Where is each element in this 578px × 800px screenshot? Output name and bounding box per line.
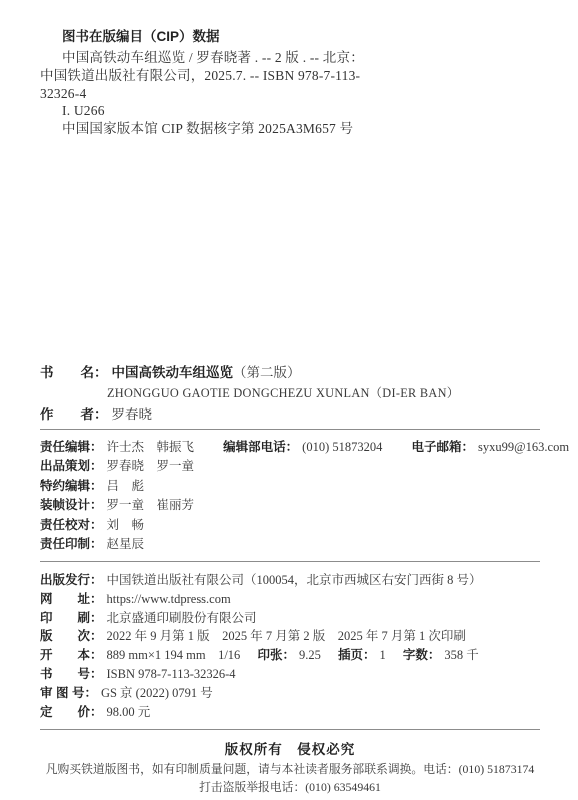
wordcount-label: 字数：	[403, 648, 441, 662]
price-row: 定 价：98.00 元	[40, 703, 540, 722]
book-title-row: 书 名：中国高铁动车组巡览（第二版）	[40, 362, 540, 383]
planning-value: 罗春晓 罗一童	[107, 459, 195, 473]
cip-header: 图书在版编目（CIP）数据	[40, 28, 540, 46]
book-title-edition: （第二版）	[233, 365, 301, 380]
publication-section: 出版发行：中国铁道出版社有限公司（100054，北京市西城区右安门西街 8 号）…	[40, 562, 540, 721]
map-approval-row: 审 图 号：GS 京 (2022) 0791 号	[40, 684, 540, 703]
map-approval-label: 审 图 号：	[40, 686, 97, 700]
book-title-value: 中国高铁动车组巡览	[112, 365, 234, 380]
cip-line-record-number: 中国国家版本馆 CIP 数据核字第 2025A3M657 号	[40, 120, 540, 138]
sheets-value: 9.25	[299, 648, 321, 662]
publisher-row: 出版发行：中国铁道出版社有限公司（100054，北京市西城区右安门西街 8 号）	[40, 571, 540, 590]
website-row: 网 址：https://www.tdpress.com	[40, 590, 540, 609]
editorial-phone-label: 编辑部电话：	[223, 440, 298, 454]
publisher-value: 中国铁道出版社有限公司（100054，北京市西城区右安门西街 8 号）	[107, 573, 482, 587]
staff-row-print-supervisor: 责任印制：赵星辰	[40, 535, 540, 555]
staff-row-editors: 责任编辑：许士杰 韩振飞 编辑部电话：(010) 51873204 电子邮箱：s…	[40, 438, 540, 458]
format-row: 开 本：889 mm×1 194 mm 1/16 印张：9.25 插页：1 字数…	[40, 646, 540, 665]
cip-block: 图书在版编目（CIP）数据 中国高铁动车组巡览 / 罗春晓著 . -- 2 版 …	[40, 28, 540, 138]
staff-row-planning: 出品策划：罗春晓 罗一童	[40, 457, 540, 477]
book-author-label: 作 者：	[40, 407, 108, 422]
print-supervisor-value: 赵星辰	[107, 537, 145, 551]
website-label: 网 址：	[40, 592, 103, 606]
book-info-section: 书 名：中国高铁动车组巡览（第二版） ZHONGGUO GAOTIE DONGC…	[40, 362, 540, 425]
design-label: 装帧设计：	[40, 498, 103, 512]
isbn-value: ISBN 978-7-113-32326-4	[107, 667, 236, 681]
cip-line-title: 中国高铁动车组巡览 / 罗春晓著 . -- 2 版 . -- 北京：	[40, 49, 540, 67]
piracy-report-line: 打击盗版举报电话：(010) 63549461	[40, 779, 540, 796]
inserts-label: 插页：	[338, 648, 376, 662]
editors-value: 许士杰 韩振飞	[107, 440, 195, 454]
special-editor-label: 特约编辑：	[40, 479, 103, 493]
editorial-phone-value: (010) 51873204	[302, 440, 382, 454]
cip-line-publisher: 中国铁道出版社有限公司，2025.7. -- ISBN 978-7-113-	[40, 67, 540, 85]
book-title-label: 书 名：	[40, 365, 108, 380]
book-author-value: 罗春晓	[112, 407, 153, 422]
publisher-label: 出版发行：	[40, 573, 103, 587]
wordcount-value: 358 千	[444, 648, 478, 662]
format-value: 889 mm×1 194 mm 1/16	[107, 648, 241, 662]
divider-bottom	[40, 729, 540, 730]
edition-value: 2022 年 9 月第 1 版 2025 年 7 月第 2 版 2025 年 7…	[107, 629, 466, 643]
email-value: syxu99@163.com	[478, 440, 569, 454]
isbn-row: 书 号：ISBN 978-7-113-32326-4	[40, 665, 540, 684]
map-approval-value: GS 京 (2022) 0791 号	[101, 686, 213, 700]
proofreader-value: 刘 畅	[107, 518, 145, 532]
staff-row-design: 装帧设计：罗一童 崔丽芳	[40, 496, 540, 516]
email-label: 电子邮箱：	[412, 440, 475, 454]
edition-row: 版 次：2022 年 9 月第 1 版 2025 年 7 月第 2 版 2025…	[40, 627, 540, 646]
book-author-row: 作 者：罗春晓	[40, 404, 540, 425]
cip-line-isbn-tail: 32326-4	[40, 85, 540, 103]
book-title-pinyin: ZHONGGUO GAOTIE DONGCHEZU XUNLAN（DI-ER B…	[40, 383, 540, 404]
inserts-value: 1	[379, 648, 385, 662]
sheets-label: 印张：	[257, 648, 295, 662]
website-url: https://www.tdpress.com	[107, 592, 231, 606]
print-supervisor-label: 责任印制：	[40, 537, 103, 551]
printer-label: 印 刷：	[40, 611, 103, 625]
copyright-page: 图书在版编目（CIP）数据 中国高铁动车组巡览 / 罗春晓著 . -- 2 版 …	[0, 0, 578, 800]
footer-section: 版权所有 侵权必究 凡购买铁道版图书，如有印制质量问题，请与本社读者服务部联系调…	[40, 740, 540, 795]
copyright-notice: 版权所有 侵权必究	[40, 740, 540, 760]
printer-value: 北京盛通印刷股份有限公司	[107, 611, 257, 625]
price-value: 98.00 元	[107, 705, 151, 719]
printer-row: 印 刷：北京盛通印刷股份有限公司	[40, 609, 540, 628]
proofreader-label: 责任校对：	[40, 518, 103, 532]
planning-label: 出品策划：	[40, 459, 103, 473]
edition-label: 版 次：	[40, 629, 103, 643]
staff-section: 责任编辑：许士杰 韩振飞 编辑部电话：(010) 51873204 电子邮箱：s…	[40, 430, 540, 555]
format-label: 开 本：	[40, 648, 103, 662]
design-value: 罗一童 崔丽芳	[107, 498, 195, 512]
price-label: 定 价：	[40, 705, 103, 719]
isbn-label: 书 号：	[40, 667, 103, 681]
special-editor-value: 吕 彪	[107, 479, 145, 493]
staff-row-proofreader: 责任校对：刘 畅	[40, 516, 540, 536]
staff-row-special-editor: 特约编辑：吕 彪	[40, 477, 540, 497]
cip-line-classification: I. U266	[40, 102, 540, 120]
service-contact-line: 凡购买铁道版图书，如有印制质量问题，请与本社读者服务部联系调换。电话：(010)…	[40, 761, 540, 778]
editors-label: 责任编辑：	[40, 440, 103, 454]
